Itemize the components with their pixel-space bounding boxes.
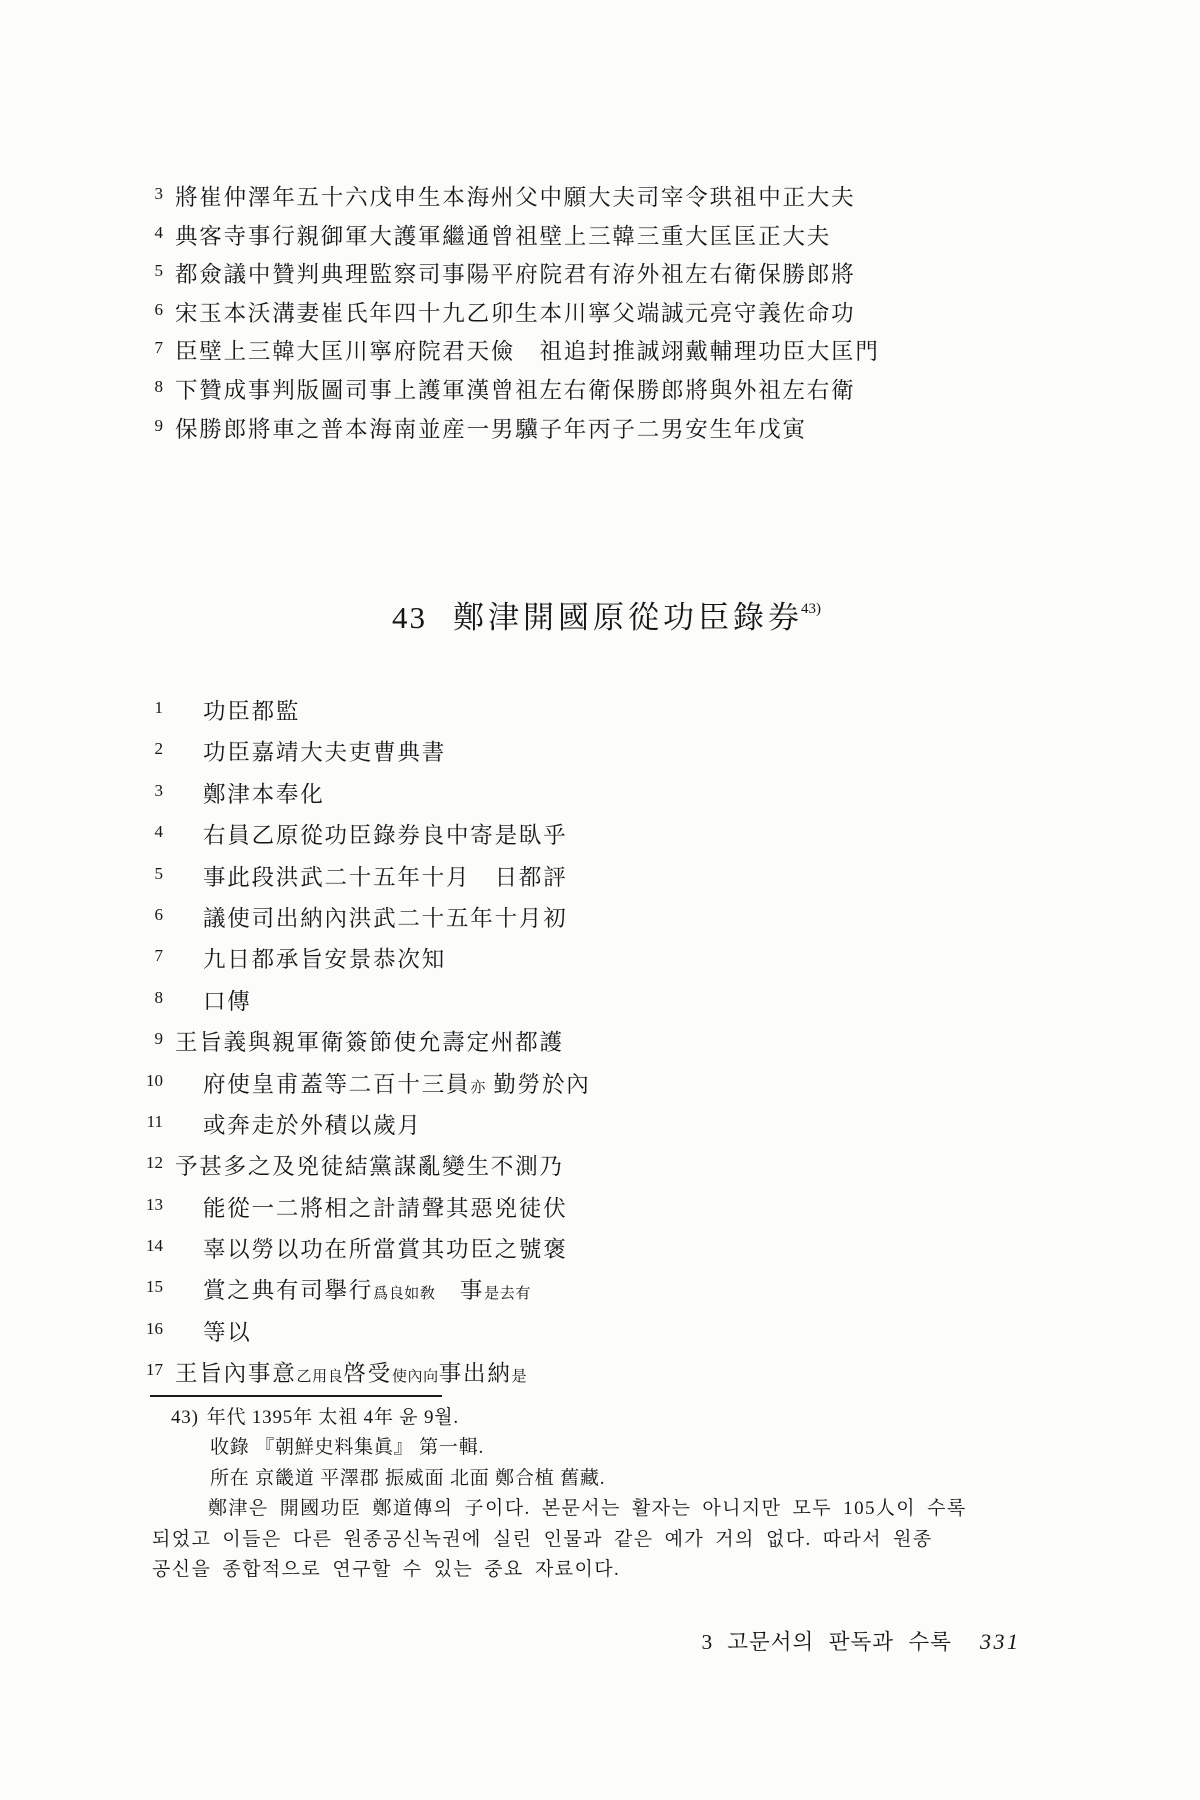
- line-number: 16: [131, 1315, 163, 1339]
- document-line: 9保勝郎將車之普本海南並産一男驥子年丙子二男安生年戊寅: [131, 412, 880, 451]
- footnote-reference-mark: 43): [801, 601, 821, 617]
- document-line: 7臣壁上三韓大匡川寧府院君天儉 祖追封推誠翊戴輔理功臣大匡門: [131, 334, 880, 373]
- line-number: 7: [131, 334, 163, 358]
- footnote-meta-line: 43)年代 1395年 太祖 4年 윤 9월.: [150, 1403, 1070, 1433]
- footnote-meta-line: 所在 京畿道 平澤郡 振威面 北面 鄭合植 舊藏.: [150, 1464, 1070, 1494]
- document-line: 15賞之典有司擧行爲良如敎 事是去有: [131, 1273, 591, 1314]
- footnote-body-line: 되었고 이들은 다른 원종공신녹권에 실린 인물과 같은 예가 거의 없다. 따…: [150, 1525, 1070, 1555]
- line-text: 宋玉本沃溝妻崔氏年四十九乙卯生本川寧父端誠元亮守義佐命功: [175, 296, 855, 328]
- line-text: 府使皇甫蓋等二百十三員亦 勤勞於內: [203, 1067, 591, 1099]
- line-number: 2: [131, 735, 163, 759]
- section-title-text: 鄭津開國原從功臣錄券: [453, 600, 803, 635]
- line-number: 11: [131, 1108, 163, 1132]
- line-text: 典客寺事行親御軍大護軍繼通曾祖壁上三韓三重大匡匡正大夫: [175, 219, 831, 251]
- line-text: 將崔仲澤年五十六戊申生本海州父中願大夫司宰令珙祖中正大夫: [175, 180, 855, 212]
- document-line: 8口傳: [131, 984, 591, 1025]
- line-text: 予甚多之及兇徒結黨謀亂變生不測乃: [175, 1149, 564, 1181]
- document-line: 16等以: [131, 1315, 591, 1356]
- line-number: 3: [131, 777, 163, 801]
- line-text: 保勝郎將車之普本海南並産一男驥子年丙子二男安生年戊寅: [175, 412, 807, 444]
- line-text: 賞之典有司擧行爲良如敎 事是去有: [203, 1273, 531, 1305]
- line-number: 8: [131, 984, 163, 1008]
- document-line: 3鄭津本奉化: [131, 777, 591, 818]
- line-text: 功臣嘉靖大夫吏曹典書: [203, 735, 446, 767]
- document-line: 7九日都承旨安景恭次知: [131, 942, 591, 983]
- document-line: 12予甚多之及兇徒結黨謀亂變生不測乃: [131, 1149, 591, 1190]
- line-text: 或奔走於外積以歲月: [203, 1108, 422, 1140]
- document-page: 3將崔仲澤年五十六戊申生本海州父中願大夫司宰令珙祖中正大夫4典客寺事行親御軍大護…: [0, 0, 1200, 1800]
- footnote-meta-line: 收錄 『朝鮮史料集眞』 第一輯.: [150, 1433, 1070, 1463]
- footnote-marker: 43): [171, 1403, 199, 1433]
- line-text: 右員乙原從功臣錄券良中寄是臥乎: [203, 818, 568, 850]
- line-text: 臣壁上三韓大匡川寧府院君天儉 祖追封推誠翊戴輔理功臣大匡門: [175, 334, 880, 366]
- document-line: 5事此段洪武二十五年十月 日都評: [131, 860, 591, 901]
- document-line: 4右員乙原從功臣錄券良中寄是臥乎: [131, 818, 591, 859]
- line-number: 9: [131, 1025, 163, 1049]
- document-line: 14辜以勞以功在所當賞其功臣之號褒: [131, 1232, 591, 1273]
- document-line: 6宋玉本沃溝妻崔氏年四十九乙卯生本川寧父端誠元亮守義佐命功: [131, 296, 880, 335]
- line-text: 事此段洪武二十五年十月 日都評: [203, 860, 568, 892]
- footnote-divider: [150, 1395, 442, 1397]
- hanmun-lines-top-block: 3將崔仲澤年五十六戊申生本海州父中願大夫司宰令珙祖中正大夫4典客寺事行親御軍大護…: [131, 180, 880, 450]
- document-line: 17王旨內事意乙用良啓受使內向事出納是: [131, 1356, 591, 1397]
- footer-chapter-number: 3: [702, 1630, 714, 1654]
- line-number: 15: [131, 1273, 163, 1297]
- document-line: 1功臣都監: [131, 694, 591, 735]
- line-number: 14: [131, 1232, 163, 1256]
- footnote-block: 43)年代 1395年 太祖 4年 윤 9월. 收錄 『朝鮮史料集眞』 第一輯.…: [150, 1403, 1070, 1585]
- hanmun-lines-document-block: 1功臣都監2功臣嘉靖大夫吏曹典書3鄭津本奉化4右員乙原從功臣錄券良中寄是臥乎5事…: [131, 694, 591, 1398]
- line-text: 能從一二將相之計請聲其惡兇徒伏: [203, 1191, 568, 1223]
- line-number: 17: [131, 1356, 163, 1380]
- line-number: 6: [131, 901, 163, 925]
- document-line: 13能從一二將相之計請聲其惡兇徒伏: [131, 1191, 591, 1232]
- document-line: 9王旨義與親軍衛簽節使允壽定州都護: [131, 1025, 591, 1066]
- line-number: 3: [131, 180, 163, 204]
- line-number: 12: [131, 1149, 163, 1173]
- document-line: 3將崔仲澤年五十六戊申生本海州父中願大夫司宰令珙祖中正大夫: [131, 180, 880, 219]
- line-number: 10: [131, 1067, 163, 1091]
- line-text: 下贊成事判版圖司事上護軍漢曾祖左右衛保勝郎將與外祖左右衛: [175, 373, 855, 405]
- line-number: 7: [131, 942, 163, 966]
- line-text: 口傳: [203, 984, 252, 1016]
- line-text: 王旨義與親軍衛簽節使允壽定州都護: [175, 1025, 564, 1057]
- line-text: 王旨內事意乙用良啓受使內向事出納是: [175, 1356, 527, 1388]
- document-line: 5都僉議中贊判典理監察司事陽平府院君有洊外祖左右衛保勝郎將: [131, 257, 880, 296]
- line-text: 等以: [203, 1315, 252, 1347]
- line-number: 6: [131, 296, 163, 320]
- line-number: 5: [131, 860, 163, 884]
- line-number: 9: [131, 412, 163, 436]
- page-footer: 3고문서의 판독과 수록331: [676, 1600, 1020, 1681]
- document-line: 10府使皇甫蓋等二百十三員亦 勤勞於內: [131, 1067, 591, 1108]
- line-text: 都僉議中贊判典理監察司事陽平府院君有洊外祖左右衛保勝郎將: [175, 257, 855, 289]
- line-text: 辜以勞以功在所當賞其功臣之號褒: [203, 1232, 568, 1264]
- document-line: 6議使司出納內洪武二十五年十月初: [131, 901, 591, 942]
- page-number: 331: [980, 1629, 1021, 1654]
- line-text: 鄭津本奉化: [203, 777, 325, 809]
- line-text: 功臣都監: [203, 694, 300, 726]
- line-number: 4: [131, 818, 163, 842]
- line-text: 議使司出納內洪武二十五年十月初: [203, 901, 568, 933]
- footnote-body-line: 공신을 종합적으로 연구할 수 있는 중요 자료이다.: [150, 1555, 1070, 1585]
- document-line: 2功臣嘉靖大夫吏曹典書: [131, 735, 591, 776]
- section-number: 43: [392, 600, 427, 635]
- line-number: 13: [131, 1191, 163, 1215]
- line-text: 九日都承旨安景恭次知: [203, 942, 446, 974]
- document-line: 8下贊成事判版圖司事上護軍漢曾祖左右衛保勝郎將與外祖左右衛: [131, 373, 880, 412]
- line-number: 4: [131, 219, 163, 243]
- footnote-body-line: 鄭津은 開國功臣 鄭道傳의 子이다. 본문서는 활자는 아니지만 모두 105人…: [150, 1494, 1070, 1524]
- footer-chapter-title: 고문서의 판독과 수록: [727, 1630, 952, 1654]
- document-line: 11或奔走於外積以歲月: [131, 1108, 591, 1149]
- document-line: 4典客寺事行親御軍大護軍繼通曾祖壁上三韓三重大匡匡正大夫: [131, 219, 880, 258]
- footnote-meta-text: 年代 1395年 太祖 4年 윤 9월.: [207, 1407, 459, 1428]
- section-title: 43鄭津開國原從功臣錄券43): [357, 556, 823, 673]
- line-number: 5: [131, 257, 163, 281]
- line-number: 8: [131, 373, 163, 397]
- line-number: 1: [131, 694, 163, 718]
